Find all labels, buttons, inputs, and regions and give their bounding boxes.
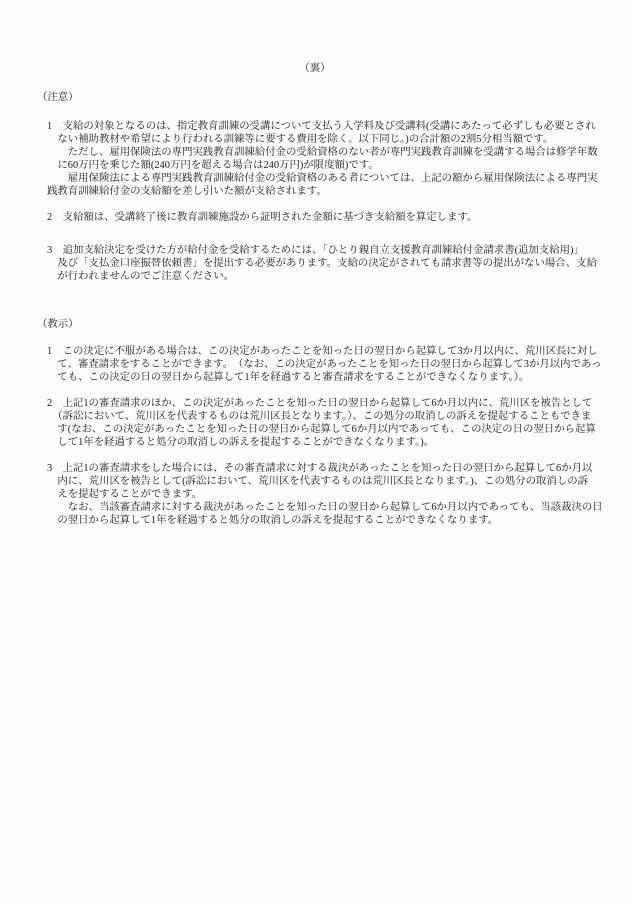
section-heading-instructions: （教示） bbox=[37, 318, 630, 331]
text-line: （訴訟において、荒川区を代表するものは荒川区長となります。）、この処分の取消しの… bbox=[47, 410, 630, 423]
notes-item-2: 2 支給額は、受講終了後に教育訓練施設から証明された金額に基づき支給額を算定しま… bbox=[47, 211, 630, 224]
text-line: なお、当該審査請求に対する裁決があったことを知った日の翌日から起算して6か月以内… bbox=[47, 501, 630, 514]
page-side-label: （裏） bbox=[299, 63, 330, 74]
notes-item-3: 3 追加支給決定を受けた方が給付金を受給するためには、「ひとり親自立支援教育訓練… bbox=[47, 244, 630, 283]
text-line: 践教育訓練給付金の支給額を差し引いた額が支給されます。 bbox=[47, 185, 630, 198]
text-line: 内に、荒川区を被告として(訴訟において、荒川区を代表するものは荒川区長となります… bbox=[47, 475, 630, 488]
text-line: 2 支給額は、受講終了後に教育訓練施設から証明された金額に基づき支給額を算定しま… bbox=[47, 211, 630, 224]
document-page: （裏） （注意） 1 支給の対象となるのは、指定教育訓練の受講について支払う入学… bbox=[0, 0, 630, 902]
notes-item-1: 1 支給の対象となるのは、指定教育訓練の受講について支払う入学料及び受講料(受講… bbox=[47, 120, 630, 198]
text-line: ない補助教材や希望により行われる訓練等に要する費用を除く。以下同じ。)の合計額の… bbox=[47, 133, 630, 146]
text-line: て、審査請求をすることができます。 （なお、この決定があったことを知った日の翌日… bbox=[47, 358, 630, 371]
instructions-item-2: 2 上記1の審査請求のほか、この決定があったことを知った日の翌日から起算して6か… bbox=[47, 397, 630, 449]
section-heading-notes: （注意） bbox=[37, 91, 630, 104]
text-line: ても、この決定の日の翌日から起算して1年を経過すると審査請求をすることができなく… bbox=[47, 371, 630, 384]
instructions-item-1: 1 この決定に不服がある場合は、この決定があったことを知った日の翌日から起算して… bbox=[47, 345, 630, 384]
text-line: 3 上記1の審査請求をした場合には、その審査請求に対する裁決があったことを知った… bbox=[47, 462, 630, 475]
text-line: す(なお、この決定があったことを知った日の翌日から起算して6か月以内であっても、… bbox=[47, 423, 630, 436]
text-line: に60万円を乗じた額(240万円を超える場合は240万円)が限度額)です。 bbox=[47, 159, 630, 172]
text-line: が行われませんのでご注意ください。 bbox=[47, 270, 630, 283]
text-line: 3 追加支給決定を受けた方が給付金を受給するためには、「ひとり親自立支援教育訓練… bbox=[47, 244, 630, 257]
text-line: 1 この決定に不服がある場合は、この決定があったことを知った日の翌日から起算して… bbox=[47, 345, 630, 358]
page-side-label-row: （裏） bbox=[0, 62, 630, 75]
text-line: 雇用保険法による専門実践教育訓練給付金の受給資格のある者については、上記の額から… bbox=[47, 172, 630, 185]
text-line: 1 支給の対象となるのは、指定教育訓練の受講について支払う入学料及び受講料(受講… bbox=[47, 120, 630, 133]
text-line: 及び「支払金口座振替依頼書」を提出する必要があります。支給の決定がされても請求書… bbox=[47, 257, 630, 270]
text-line: えを提起することができます。 bbox=[47, 488, 630, 501]
text-line: の翌日から起算して1年を経過すると処分の取消しの訴えを提起することができなくなり… bbox=[47, 514, 630, 527]
instructions-item-3: 3 上記1の審査請求をした場合には、その審査請求に対する裁決があったことを知った… bbox=[47, 462, 630, 527]
text-line: 2 上記1の審査請求のほか、この決定があったことを知った日の翌日から起算して6か… bbox=[47, 397, 630, 410]
text-line: して1年を経過すると処分の取消しの訴えを提起することができなくなります。)。 bbox=[47, 436, 630, 449]
text-line: ただし、雇用保険法の専門実践教育訓練給付金の受給資格のない者が専門実践教育訓練を… bbox=[47, 146, 630, 159]
